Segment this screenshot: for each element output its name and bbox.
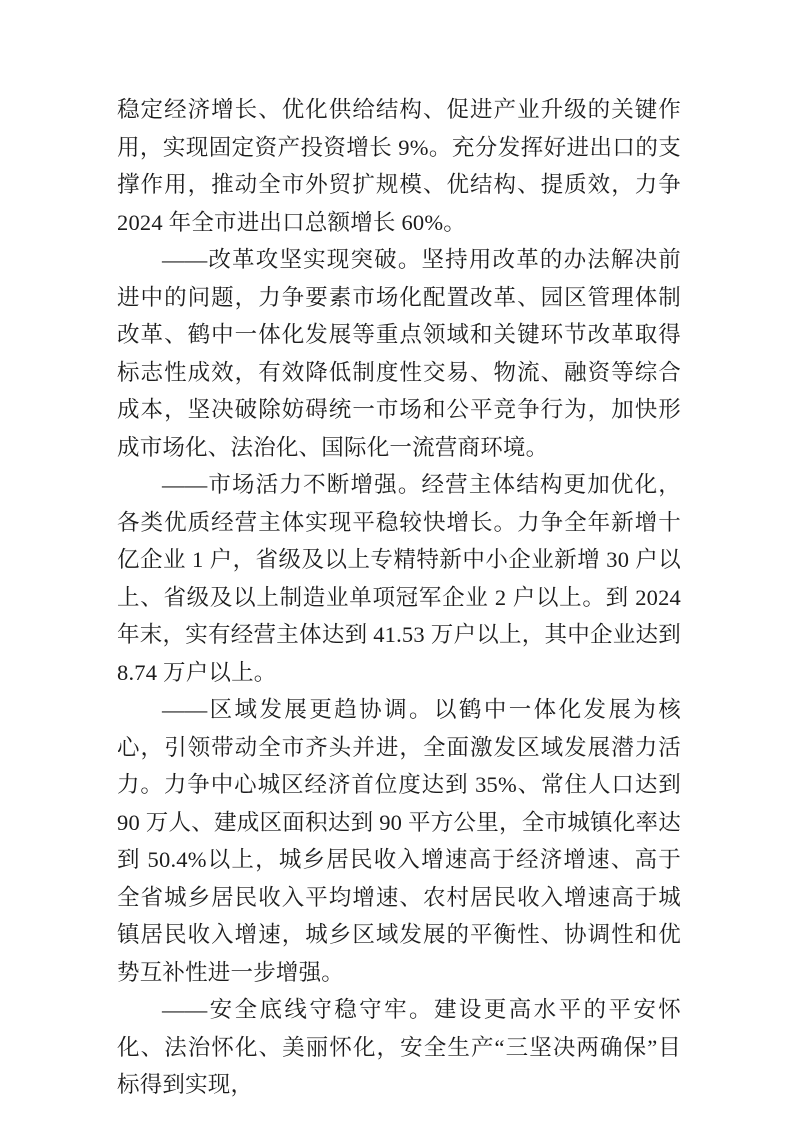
paragraph-market-vitality: ——市场活力不断增强。经营主体结构更加优化，各类优质经营主体实现平稳较快增长。力… bbox=[117, 466, 681, 691]
paragraph-investment-trade-goals: 稳定经济增长、优化供给结构、促进产业升级的关键作用，实现固定资产投资增长 9%。… bbox=[117, 91, 681, 241]
document-page: 稳定经济增长、优化供给结构、促进产业升级的关键作用，实现固定资产投资增长 9%。… bbox=[0, 0, 793, 1122]
paragraph-safety-bottom-line: ——安全底线守稳守牢。建设更高水平的平安怀化、法治怀化、美丽怀化，安全生产“三坚… bbox=[117, 991, 681, 1104]
paragraph-reform-breakthrough: ——改革攻坚实现突破。坚持用改革的办法解决前进中的问题，力争要素市场化配置改革、… bbox=[117, 241, 681, 466]
document-body-text: 稳定经济增长、优化供给结构、促进产业升级的关键作用，实现固定资产投资增长 9%。… bbox=[117, 91, 681, 1104]
paragraph-regional-coordination: ——区域发展更趋协调。以鹤中一体化发展为核心，引领带动全市齐头并进，全面激发区域… bbox=[117, 691, 681, 991]
